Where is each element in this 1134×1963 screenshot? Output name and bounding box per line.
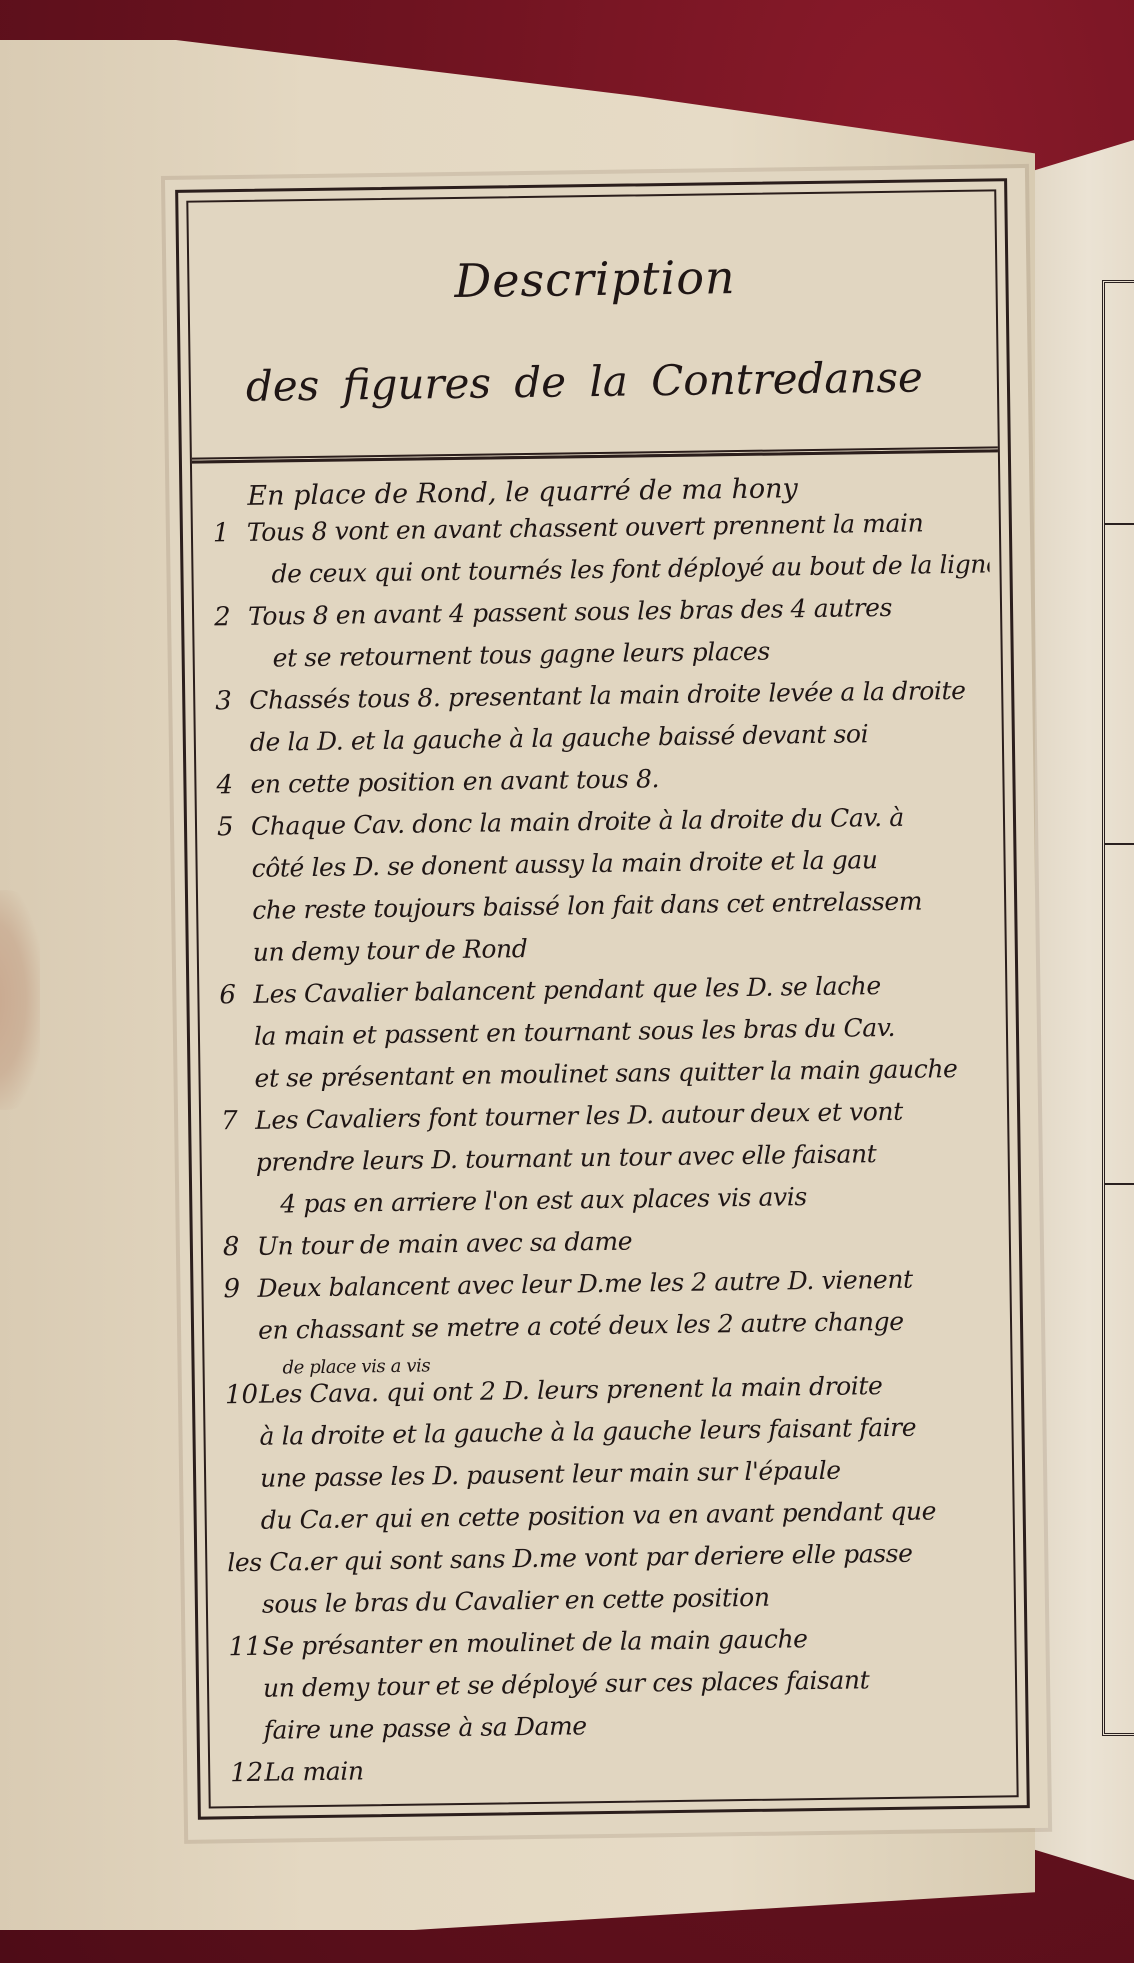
figure-line: de place vis a vis bbox=[282, 1355, 430, 1378]
figure-line: faire une passe à sa Dame bbox=[263, 1711, 586, 1745]
facing-page-rule bbox=[1105, 523, 1134, 525]
figure-number: 10 bbox=[225, 1380, 259, 1410]
figures-body: En place de Rond, le quarré de ma hony 1… bbox=[192, 449, 1017, 1806]
figure-line: et se retournent tous gagne leurs places bbox=[272, 637, 769, 673]
figure-number: 3 bbox=[215, 686, 249, 716]
engraved-plate: Description des figures de la Contredans… bbox=[165, 168, 1048, 1840]
figure-item: 7Les Cavaliers font tourner les D. autou… bbox=[221, 1095, 999, 1232]
figure-line: en cette position en avant tous 8. bbox=[250, 764, 659, 799]
holding-thumb bbox=[0, 890, 40, 1110]
figure-number: 9 bbox=[223, 1274, 257, 1304]
figure-number: 4 bbox=[216, 770, 250, 800]
figure-line: 4 pas en arriere l'on est aux places vis… bbox=[280, 1182, 807, 1218]
figure-number: 7 bbox=[221, 1106, 255, 1136]
figure-item: 2Tous 8 en avant 4 passent sous les bras… bbox=[214, 592, 991, 687]
page-title: Description bbox=[454, 250, 736, 308]
plate-frame-inner: Description des figures de la Contredans… bbox=[186, 189, 1018, 1808]
facing-page-rule bbox=[1105, 1183, 1134, 1185]
figure-line: Tous 8 vont en avant chassent ouvert pre… bbox=[247, 508, 924, 546]
facing-page-rule bbox=[1105, 843, 1134, 845]
figure-number: 6 bbox=[219, 980, 253, 1010]
figure-item: 3Chassés tous 8. presentant la main droi… bbox=[215, 676, 992, 771]
photo-scene: Description des figures de la Contredans… bbox=[0, 0, 1134, 1963]
facing-page-frame bbox=[1102, 280, 1134, 1736]
figure-item: 9Deux balancent avec leur D.me les 2 aut… bbox=[223, 1263, 1000, 1380]
figure-number: 8 bbox=[223, 1232, 257, 1262]
figure-number: 2 bbox=[214, 602, 248, 632]
page-subtitle: des figures de la Contredanse bbox=[246, 352, 924, 410]
figure-item: 6Les Cavalier balancent pendant que les … bbox=[219, 969, 997, 1106]
figure-list: 1Tous 8 vont en avant chassent ouvert pr… bbox=[213, 508, 1007, 1801]
figure-line: un demy tour de Rond bbox=[253, 934, 528, 967]
figure-number: 1 bbox=[213, 518, 247, 548]
figure-line: sous le bras du Cavalier en cette positi… bbox=[262, 1583, 770, 1619]
figure-item: 11Se présanter en moulinet de la main ga… bbox=[228, 1621, 1006, 1758]
figure-item: 10Les Cava. qui ont 2 D. leurs prenent l… bbox=[225, 1369, 1004, 1632]
figure-number: 11 bbox=[228, 1632, 262, 1662]
figure-item: 5Chaque Cav. donc la main droite à la dr… bbox=[217, 802, 995, 981]
figure-line: Se présanter en moulinet de la main gauc… bbox=[262, 1624, 807, 1661]
figure-number: 12 bbox=[230, 1758, 264, 1788]
figure-line: La main bbox=[264, 1756, 364, 1786]
figure-item: 1Tous 8 vont en avant chassent ouvert pr… bbox=[213, 508, 990, 603]
title-block: Description des figures de la Contredans… bbox=[188, 191, 998, 462]
plate-frame-outer: Description des figures de la Contredans… bbox=[175, 178, 1030, 1819]
figure-line: Un tour de main avec sa dame bbox=[257, 1227, 633, 1261]
intro-line: En place de Rond, le quarré de ma hony bbox=[247, 473, 798, 512]
figure-number: 5 bbox=[217, 812, 251, 842]
